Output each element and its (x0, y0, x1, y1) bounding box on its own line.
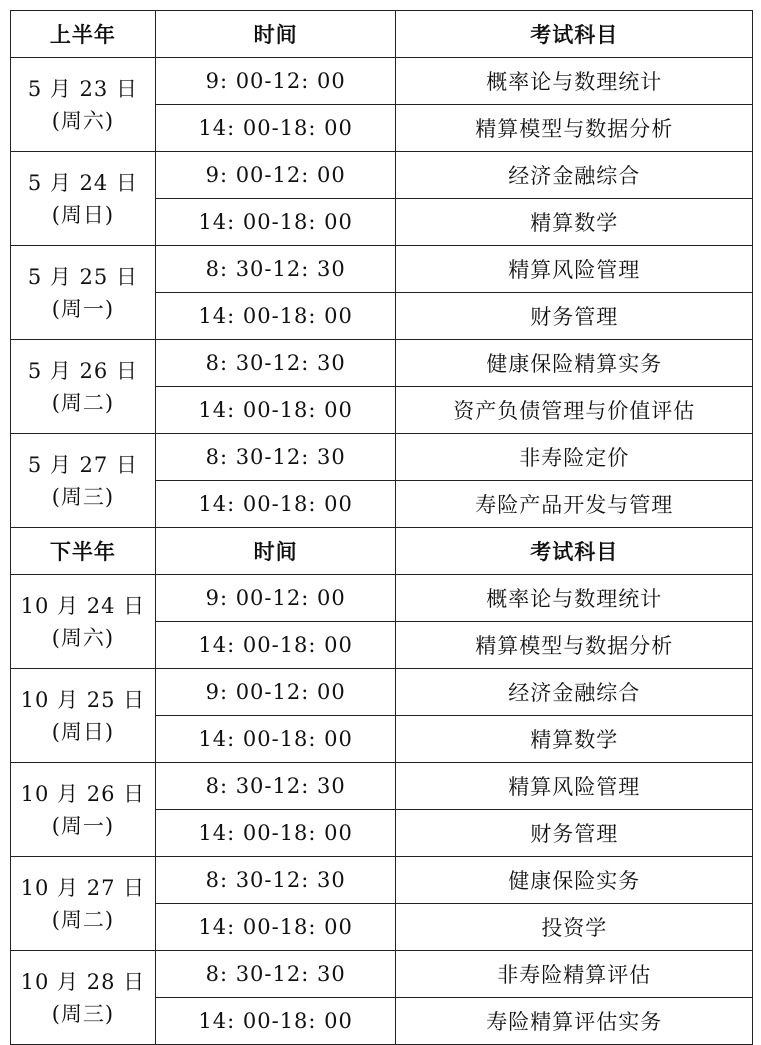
section-header-row: 下半年时间考试科目 (11, 528, 753, 575)
session-time: 8: 30-12: 30 (155, 340, 396, 387)
session-subject: 资产负债管理与价值评估 (396, 387, 753, 434)
session-time: 8: 30-12: 30 (155, 763, 396, 810)
session-time: 14: 00-18: 00 (155, 998, 396, 1045)
table-row: 10 月 27 日(周二)8: 30-12: 30健康保险实务 (11, 857, 753, 904)
date-text: 10 月 24 日 (11, 590, 155, 622)
weekday-text: (周六) (11, 622, 155, 654)
weekday-text: (周三) (11, 481, 155, 513)
weekday-text: (周二) (11, 387, 155, 419)
exam-date: 5 月 23 日(周六) (11, 58, 156, 152)
session-time: 14: 00-18: 00 (155, 387, 396, 434)
time-header: 时间 (155, 528, 396, 575)
table-row: 10 月 24 日(周六)9: 00-12: 00概率论与数理统计 (11, 575, 753, 622)
session-subject: 非寿险精算评估 (396, 951, 753, 998)
session-subject: 精算数学 (396, 199, 753, 246)
exam-schedule-table: 上半年时间考试科目5 月 23 日(周六)9: 00-12: 00概率论与数理统… (10, 10, 753, 1045)
session-time: 9: 00-12: 00 (155, 152, 396, 199)
weekday-text: (周日) (11, 199, 155, 231)
date-text: 5 月 23 日 (11, 73, 155, 105)
date-text: 5 月 26 日 (11, 355, 155, 387)
session-subject: 健康保险实务 (396, 857, 753, 904)
session-subject: 寿险精算评估实务 (396, 998, 753, 1045)
session-time: 8: 30-12: 30 (155, 857, 396, 904)
session-time: 9: 00-12: 00 (155, 575, 396, 622)
session-subject: 精算风险管理 (396, 763, 753, 810)
exam-date: 10 月 27 日(周二) (11, 857, 156, 951)
half-year-label: 下半年 (11, 528, 156, 575)
date-text: 10 月 25 日 (11, 684, 155, 716)
session-subject: 精算模型与数据分析 (396, 622, 753, 669)
date-text: 5 月 25 日 (11, 261, 155, 293)
exam-date: 10 月 26 日(周一) (11, 763, 156, 857)
session-subject: 精算模型与数据分析 (396, 105, 753, 152)
exam-date: 5 月 26 日(周二) (11, 340, 156, 434)
date-text: 10 月 26 日 (11, 778, 155, 810)
session-time: 8: 30-12: 30 (155, 951, 396, 998)
table-row: 10 月 28 日(周三)8: 30-12: 30非寿险精算评估 (11, 951, 753, 998)
exam-date: 10 月 28 日(周三) (11, 951, 156, 1045)
session-subject: 概率论与数理统计 (396, 575, 753, 622)
table-row: 5 月 24 日(周日)9: 00-12: 00经济金融综合 (11, 152, 753, 199)
session-subject: 财务管理 (396, 293, 753, 340)
session-time: 14: 00-18: 00 (155, 716, 396, 763)
table-row: 10 月 26 日(周一)8: 30-12: 30精算风险管理 (11, 763, 753, 810)
weekday-text: (周一) (11, 293, 155, 325)
session-subject: 经济金融综合 (396, 152, 753, 199)
date-text: 10 月 28 日 (11, 966, 155, 998)
table-row: 10 月 25 日(周日)9: 00-12: 00经济金融综合 (11, 669, 753, 716)
table-row: 5 月 27 日(周三)8: 30-12: 30非寿险定价 (11, 434, 753, 481)
session-time: 9: 00-12: 00 (155, 669, 396, 716)
date-text: 10 月 27 日 (11, 872, 155, 904)
half-year-label: 上半年 (11, 11, 156, 58)
exam-date: 5 月 25 日(周一) (11, 246, 156, 340)
weekday-text: (周三) (11, 998, 155, 1030)
time-header: 时间 (155, 11, 396, 58)
session-subject: 经济金融综合 (396, 669, 753, 716)
subject-header: 考试科目 (396, 528, 753, 575)
exam-date: 5 月 24 日(周日) (11, 152, 156, 246)
weekday-text: (周六) (11, 105, 155, 137)
table-row: 5 月 26 日(周二)8: 30-12: 30健康保险精算实务 (11, 340, 753, 387)
session-time: 14: 00-18: 00 (155, 904, 396, 951)
exam-date: 10 月 24 日(周六) (11, 575, 156, 669)
date-text: 5 月 24 日 (11, 167, 155, 199)
weekday-text: (周二) (11, 904, 155, 936)
session-subject: 投资学 (396, 904, 753, 951)
session-time: 14: 00-18: 00 (155, 622, 396, 669)
section-header-row: 上半年时间考试科目 (11, 11, 753, 58)
session-subject: 财务管理 (396, 810, 753, 857)
session-time: 14: 00-18: 00 (155, 293, 396, 340)
session-subject: 概率论与数理统计 (396, 58, 753, 105)
date-text: 5 月 27 日 (11, 449, 155, 481)
exam-date: 5 月 27 日(周三) (11, 434, 156, 528)
session-time: 8: 30-12: 30 (155, 434, 396, 481)
exam-date: 10 月 25 日(周日) (11, 669, 156, 763)
weekday-text: (周日) (11, 716, 155, 748)
session-subject: 非寿险定价 (396, 434, 753, 481)
subject-header: 考试科目 (396, 11, 753, 58)
session-subject: 寿险产品开发与管理 (396, 481, 753, 528)
table-row: 5 月 25 日(周一)8: 30-12: 30精算风险管理 (11, 246, 753, 293)
weekday-text: (周一) (11, 810, 155, 842)
session-time: 14: 00-18: 00 (155, 199, 396, 246)
session-subject: 精算数学 (396, 716, 753, 763)
session-subject: 健康保险精算实务 (396, 340, 753, 387)
session-time: 14: 00-18: 00 (155, 481, 396, 528)
session-time: 14: 00-18: 00 (155, 105, 396, 152)
session-time: 14: 00-18: 00 (155, 810, 396, 857)
table-row: 5 月 23 日(周六)9: 00-12: 00概率论与数理统计 (11, 58, 753, 105)
session-subject: 精算风险管理 (396, 246, 753, 293)
session-time: 9: 00-12: 00 (155, 58, 396, 105)
session-time: 8: 30-12: 30 (155, 246, 396, 293)
